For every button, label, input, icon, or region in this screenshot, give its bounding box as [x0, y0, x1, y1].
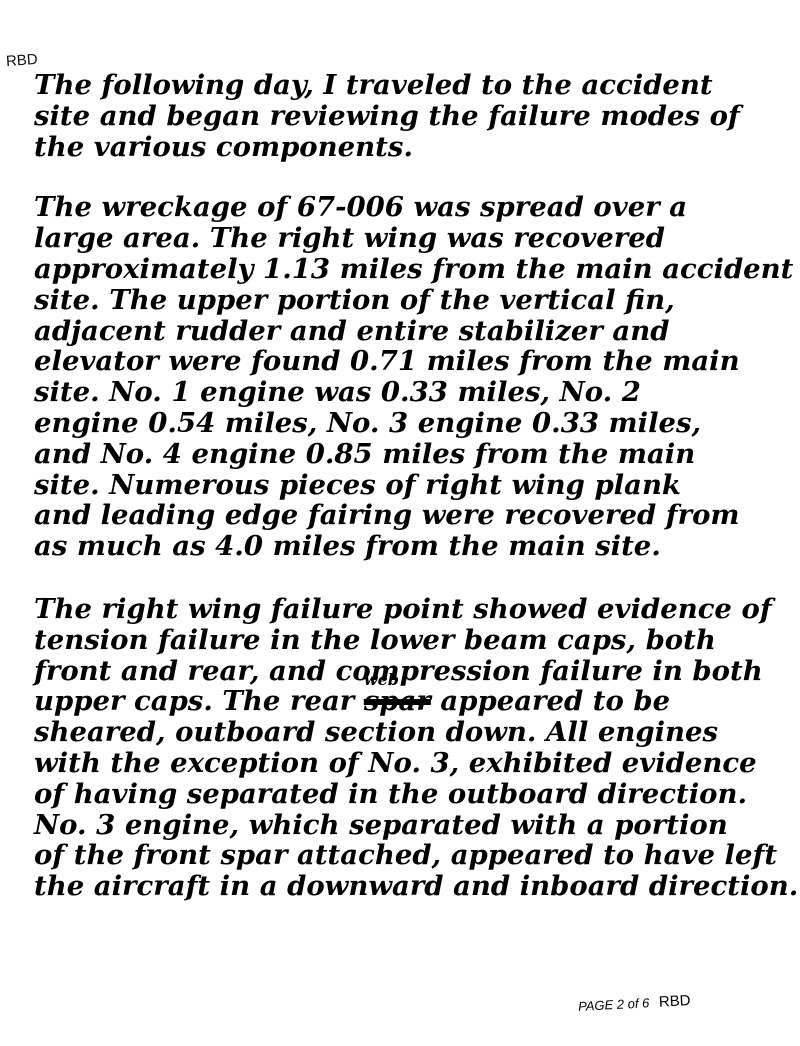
page-number-label: PAGE 2 of 6 [578, 995, 650, 1014]
text-line: the various components. [34, 132, 774, 163]
struck-out-word: spar [364, 685, 431, 717]
text-line: elevator were found 0.71 miles from the … [34, 346, 774, 377]
paragraph-failure-analysis: The right wing failure point showed evid… [34, 594, 774, 902]
text-line: front and rear, and compression failure … [34, 656, 774, 687]
edit-line-prefix: upper caps. The rear [34, 685, 364, 717]
author-initials-top: RBD [5, 51, 38, 70]
text-line: approximately 1.13 miles from the main a… [34, 254, 774, 285]
text-line: The right wing failure point showed evid… [34, 594, 774, 625]
text-line: engine 0.54 miles, No. 3 engine 0.33 mil… [34, 408, 774, 439]
text-line: No. 3 engine, which separated with a por… [34, 810, 774, 841]
text-line: of having separated in the outboard dire… [34, 779, 774, 810]
text-line: site and began reviewing the failure mod… [34, 101, 774, 132]
text-line: adjacent rudder and entire stabilizer an… [34, 316, 774, 347]
text-line: and No. 4 engine 0.85 miles from the mai… [34, 439, 774, 470]
handwritten-body: The following day, I traveled to the acc… [34, 70, 774, 902]
text-line: large area. The right wing was recovered [34, 223, 774, 254]
edit-line-suffix: appeared to be [431, 685, 670, 717]
handwritten-correction: sparweb [364, 686, 431, 717]
text-line: the aircraft in a downward and inboard d… [34, 871, 774, 902]
text-line: site. The upper portion of the vertical … [34, 285, 774, 316]
text-line: site. Numerous pieces of right wing plan… [34, 470, 774, 501]
text-line: of the front spar attached, appeared to … [34, 840, 774, 871]
document-page: RBD The following day, I traveled to the… [0, 0, 800, 1046]
text-line-with-correction: upper caps. The rear sparweb appeared to… [34, 686, 774, 717]
paragraph-arrival: The following day, I traveled to the acc… [34, 70, 774, 162]
paragraph-wreckage-distribution: The wreckage of 67-006 was spread over a… [34, 192, 774, 562]
page-footer: PAGE 2 of 6 RBD [578, 992, 691, 1015]
text-line: with the exception of No. 3, exhibited e… [34, 748, 774, 779]
author-initials-footer: RBD [658, 992, 691, 1011]
text-line: The wreckage of 67-006 was spread over a [34, 192, 774, 223]
text-line: sheared, outboard section down. All engi… [34, 717, 774, 748]
text-line: and leading edge fairing were recovered … [34, 500, 774, 531]
text-line: site. No. 1 engine was 0.33 miles, No. 2 [34, 377, 774, 408]
text-line: tension failure in the lower beam caps, … [34, 625, 774, 656]
text-line: as much as 4.0 miles from the main site. [34, 531, 774, 562]
inserted-word: web [364, 672, 399, 688]
text-line: The following day, I traveled to the acc… [34, 70, 774, 101]
